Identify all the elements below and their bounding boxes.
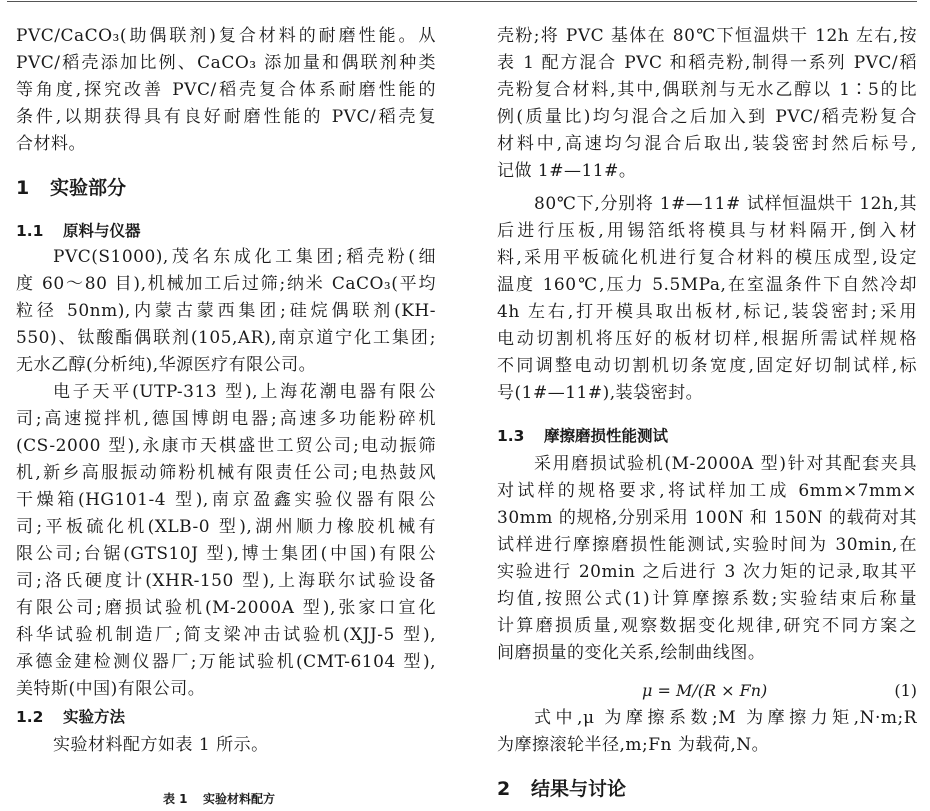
top-rule — [7, 1, 917, 2]
materials-line: 550)、钛酸酯偶联剂(105,AR),南京道宁化工集团; — [16, 327, 436, 349]
instruments-line: 限公司;台锯(GTS10J 型),博士集团(中国)有限公 — [16, 543, 436, 565]
subsection-heading-1-1: 1.1原料与仪器 — [16, 220, 141, 242]
instruments-line: 科华试验机制造厂;简支梁冲击试验机(XJJ-5 型), — [16, 624, 436, 646]
friction-line: 实验进行 20min 之后进行 3 次力矩的记录,取其平 — [497, 561, 917, 583]
pressing-line: 号(1#—11#),装袋密封。 — [497, 382, 917, 404]
subsection-title: 原料与仪器 — [63, 222, 141, 240]
materials-line: 无水乙醇(分析纯),华源医疗有限公司。 — [16, 354, 436, 376]
friction-line: 对试样的规格要求,将试样加工成 6mm×7mm× — [497, 480, 917, 502]
instruments-line: 机,新乡高服振动筛粉机械有限责任公司;电热鼓风 — [16, 462, 436, 484]
prep-line: 例(质量比)均匀混合之后加入到 PVC/稻壳粉复合 — [497, 106, 917, 128]
instruments-line: 有限公司;磨损试验机(M-2000A 型),张家口宣化 — [16, 597, 436, 619]
section-title: 结果与讨论 — [531, 778, 626, 800]
pressing-line: 温度 160℃,压力 5.5MPa,在室温条件下自然冷却 — [497, 274, 917, 296]
intro-line: 等角度,探究改善 PVC/稻壳复合体系耐磨性能的 — [16, 79, 436, 101]
pressing-line: 80℃下,分别将 1#—11# 试样恒温烘干 12h,其 — [497, 193, 917, 215]
section-number: 2 — [497, 777, 531, 801]
subsection-number: 1.3 — [497, 425, 544, 447]
section-title: 实验部分 — [50, 177, 126, 199]
instruments-line: 美特斯(中国)有限公司。 — [16, 678, 436, 700]
section-number: 1 — [16, 176, 50, 200]
intro-line: 合材料。 — [16, 133, 436, 155]
equation-number: (1) — [894, 680, 917, 702]
subsection-title: 实验方法 — [63, 708, 125, 726]
prep-line: 表 1 配方混合 PVC 和稻壳粉,制得一系列 PVC/稻 — [497, 52, 917, 74]
intro-line: PVC/稻壳添加比例、CaCO₃ 添加量和偶联剂种类 — [16, 52, 436, 74]
prep-line: 壳粉复合材料,其中,偶联剂与无水乙醇以 1∶5的比 — [497, 79, 917, 101]
formula-expression: μ = M/(R × Fn) — [642, 680, 767, 702]
instruments-line: 干燥箱(HG101-4 型),南京盈鑫实验仪器有限公 — [16, 489, 436, 511]
friction-line: 采用磨损试验机(M-2000A 型)针对其配套夹具 — [497, 453, 917, 475]
instruments-line: 电子天平(UTP-313 型),上海花潮电器有限公 — [16, 381, 436, 403]
section-heading-1: 1实验部分 — [16, 176, 126, 200]
friction-line: 计算磨损质量,观察数据变化规律,研究不同方案之 — [497, 615, 917, 637]
instruments-line: 司;高速搅拌机,德国博朗电器;高速多功能粉碎机 — [16, 408, 436, 430]
instruments-line: (CS-2000 型),永康市天棋盛世工贸公司;电动振筛 — [16, 435, 436, 457]
formula-explain-line: 式中,μ 为摩擦系数;M 为摩擦力矩,N·m;R — [497, 707, 917, 729]
pressing-line: 料,采用平板硫化机进行复合材料的模压成型,设定 — [497, 247, 917, 269]
subsection-number: 1.1 — [16, 220, 63, 242]
intro-line: PVC/CaCO₃(助偶联剂)复合材料的耐磨性能。从 — [16, 25, 436, 47]
instruments-line: 司;洛氏硬度计(XHR-150 型),上海联尔试验设备 — [16, 570, 436, 592]
subsection-number: 1.2 — [16, 706, 63, 728]
materials-line: 度 60～80 目),机械加工后过筛;纳米 CaCO₃(平均 — [16, 273, 436, 295]
section-heading-2: 2结果与讨论 — [497, 777, 626, 801]
friction-line: 30mm 的规格,分别采用 100N 和 150N 的载荷对其 — [497, 507, 917, 529]
instruments-line: 司;平板硫化机(XLB-0 型),湖州顺力橡胶机械有 — [16, 516, 436, 538]
materials-line: PVC(S1000),茂名东成化工集团;稻壳粉(细 — [16, 246, 436, 268]
instruments-line: 承德金建检测仪器厂;万能试验机(CMT-6104 型), — [16, 651, 436, 673]
table-caption: 表 1实验材料配方 — [163, 791, 275, 807]
pressing-line: 电动切割机将压好的板材切样,根据所需试样规格 — [497, 328, 917, 350]
prep-line: 壳粉;将 PVC 基体在 80℃下恒温烘干 12h 左右,按 — [497, 25, 917, 47]
method-line: 实验材料配方如表 1 所示。 — [16, 734, 436, 756]
friction-line: 均值,按照公式(1)计算摩擦系数;实验结束后称量 — [497, 588, 917, 610]
prep-line: 记做 1#—11#。 — [497, 160, 917, 182]
pressing-line: 不同调整电动切割机切条宽度,固定好切制试样,标 — [497, 355, 917, 377]
formula-explain-line: 为摩擦滚轮半径,m;Fn 为载荷,N。 — [497, 734, 917, 756]
subsection-heading-1-3: 1.3摩擦磨损性能测试 — [497, 425, 668, 447]
friction-line: 试样进行摩擦磨损性能测试,实验时间为 30min,在 — [497, 534, 917, 556]
prep-line: 材料中,高速均匀混合后取出,装袋密封然后标号, — [497, 133, 917, 155]
table-title: 实验材料配方 — [203, 792, 275, 806]
materials-line: 粒径 50nm),内蒙古蒙西集团;硅烷偶联剂(KH- — [16, 300, 436, 322]
subsection-title: 摩擦磨损性能测试 — [544, 427, 668, 445]
friction-line: 间磨损量的变化关系,绘制曲线图。 — [497, 642, 917, 664]
intro-line: 条件,以期获得具有良好耐磨性能的 PVC/稻壳复 — [16, 106, 436, 128]
pressing-line: 4h 左右,打开模具取出板材,标记,装袋密封;采用 — [497, 301, 917, 323]
table-number: 表 1 — [163, 791, 203, 807]
subsection-heading-1-2: 1.2实验方法 — [16, 706, 125, 728]
formula-1: μ = M/(R × Fn) (1) — [497, 680, 917, 702]
pressing-line: 后进行压板,用锡箔纸将模具与材料隔开,倒入材 — [497, 220, 917, 242]
